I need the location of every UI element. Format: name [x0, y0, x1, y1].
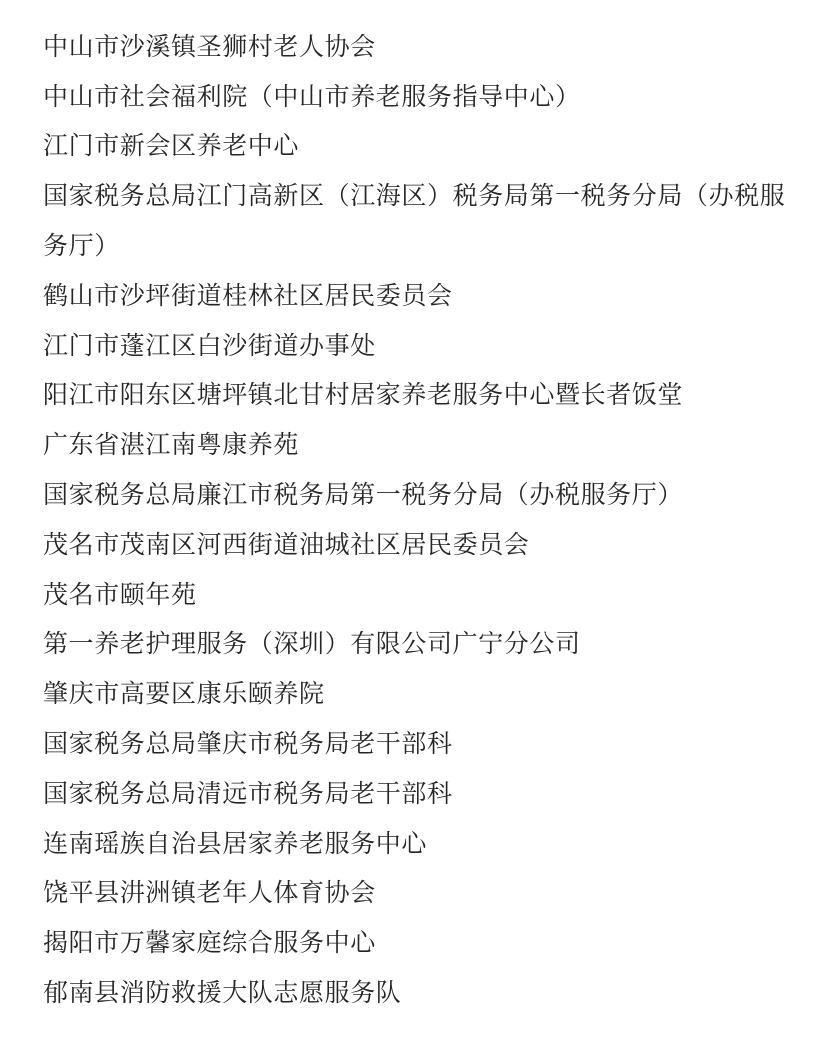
document-page: 中山市沙溪镇圣狮村老人协会中山市社会福利院（中山市养老服务指导中心）江门市新会区…: [0, 0, 825, 1038]
document-line: 郁南县消防救援大队志愿服务队: [43, 966, 787, 1016]
document-line: 第一养老护理服务（深圳）有限公司广宁分公司: [43, 618, 787, 668]
document-line: 国家税务总局清远市税务局老干部科: [43, 767, 787, 817]
organization-list: 中山市沙溪镇圣狮村老人协会中山市社会福利院（中山市养老服务指导中心）江门市新会区…: [43, 20, 787, 1016]
document-line: 国家税务总局廉江市税务局第一税务分局（办税服务厅）: [43, 468, 787, 518]
document-line: 揭阳市万馨家庭综合服务中心: [43, 916, 787, 966]
document-line: 鹤山市沙坪街道桂林社区居民委员会: [43, 269, 787, 319]
document-line: 国家税务总局肇庆市税务局老干部科: [43, 717, 787, 767]
document-line: 连南瑶族自治县居家养老服务中心: [43, 817, 787, 867]
document-line: 江门市新会区养老中心: [43, 120, 787, 170]
document-line: 中山市社会福利院（中山市养老服务指导中心）: [43, 70, 787, 120]
document-line: 广东省湛江南粤康养苑: [43, 418, 787, 468]
document-line: 茂名市茂南区河西街道油城社区居民委员会: [43, 518, 787, 568]
document-line: 江门市蓬江区白沙街道办事处: [43, 319, 787, 369]
document-line: 中山市沙溪镇圣狮村老人协会: [43, 20, 787, 70]
document-line: 肇庆市高要区康乐颐养院: [43, 667, 787, 717]
document-line: 饶平县汫洲镇老年人体育协会: [43, 867, 787, 917]
document-line: 茂名市颐年苑: [43, 568, 787, 618]
document-line: 务厅）: [43, 219, 787, 269]
document-line: 国家税务总局江门高新区（江海区）税务局第一税务分局（办税服: [43, 169, 787, 219]
document-line: 阳江市阳东区塘坪镇北甘村居家养老服务中心暨长者饭堂: [43, 369, 787, 419]
